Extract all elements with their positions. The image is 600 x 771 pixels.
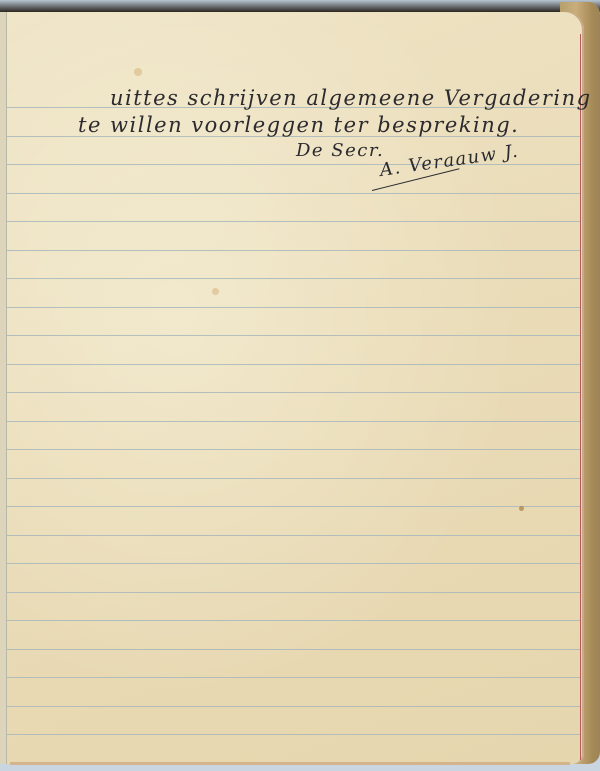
rule-line <box>7 193 580 194</box>
rule-line <box>7 563 580 564</box>
rule-line <box>7 250 580 251</box>
rule-line <box>7 421 580 422</box>
paper-stain <box>212 288 219 295</box>
rule-line <box>7 506 580 507</box>
rule-line <box>7 677 580 678</box>
rule-line <box>7 734 580 735</box>
rule-line <box>7 221 580 222</box>
right-margin-line <box>580 34 581 760</box>
rule-line <box>7 620 580 621</box>
rule-line <box>7 592 580 593</box>
handwritten-line-2: te willen voorleggen ter bespreking. <box>78 113 519 137</box>
rule-line <box>7 364 580 365</box>
rule-line <box>7 535 580 536</box>
scan-top-edge <box>0 0 600 12</box>
paper-stain <box>519 506 524 511</box>
rule-line <box>7 335 580 336</box>
rule-line <box>7 392 580 393</box>
rule-line <box>7 649 580 650</box>
rule-line <box>7 278 580 279</box>
handwritten-line-1: uittes schrijven algemeene Vergadering <box>110 86 592 110</box>
paper-stain <box>134 68 142 76</box>
page-bottom-edge <box>10 762 570 765</box>
left-margin-line <box>6 12 7 764</box>
closing-title: De Secr. <box>296 140 384 161</box>
rule-line <box>7 706 580 707</box>
rule-line <box>7 478 580 479</box>
rule-line <box>7 449 580 450</box>
rule-line <box>7 307 580 308</box>
